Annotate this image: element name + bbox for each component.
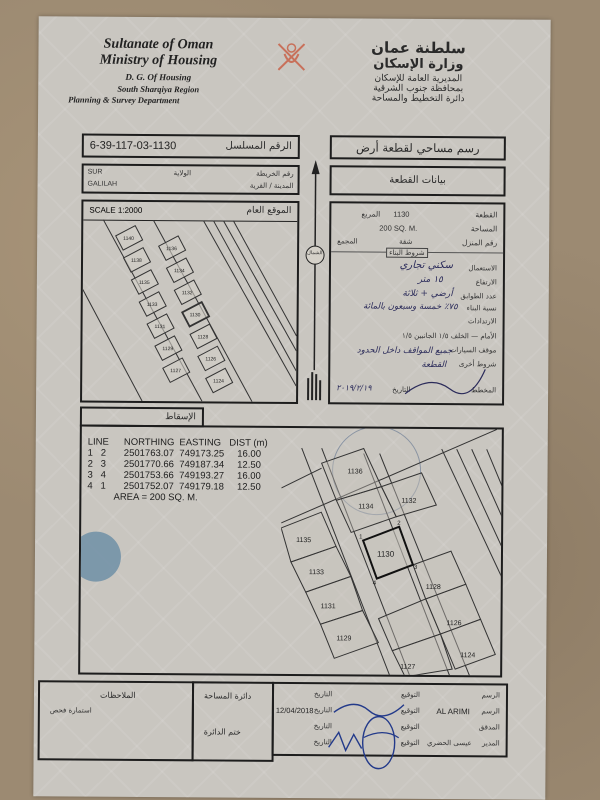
line-to: 3 — [101, 459, 114, 470]
line-from: 2 — [88, 459, 101, 470]
signatures-box: الرسم التوقيع التاريخ الرسم AL ARIMI الت… — [272, 682, 509, 758]
serial-number: 6-39-117-03-1130 — [90, 140, 177, 153]
line-to: 4 — [101, 470, 114, 481]
header-en-line5: Planning & Survey Department — [68, 94, 248, 105]
signature-name: AL ARIMI — [436, 707, 470, 716]
coverage-value: ٧٥٪ خمسة وسبعون بالمائة — [363, 301, 458, 312]
serial-label: الرقم المسلسل — [225, 141, 291, 152]
distance: 16.00 — [229, 471, 272, 482]
col-line: LINE — [88, 437, 114, 448]
location-map-drawing: 114011381135 113311311129 112711361134 1… — [82, 220, 297, 402]
plot-label-1131: 1131 — [321, 603, 336, 610]
svg-text:1130: 1130 — [190, 312, 201, 318]
plot-data-title-box: بيانات القطعة — [329, 165, 505, 196]
building-conditions-title: شروط البناء — [386, 248, 428, 258]
usage-type-label: شقة — [399, 238, 412, 246]
coordinates-table: LINE NORTHING EASTING DIST (m) 1 2 25017… — [87, 437, 272, 504]
signature-role: المدير — [482, 739, 500, 747]
svg-text:4: 4 — [373, 581, 377, 587]
svg-text:1134: 1134 — [174, 268, 185, 274]
plot-label-1128: 1128 — [426, 584, 441, 591]
plot-label-1130: 1130 — [377, 550, 395, 559]
plot-label-1134: 1134 — [358, 503, 373, 510]
plot-value: 1130 — [393, 210, 409, 219]
plot-label: القطعة — [475, 210, 497, 219]
house-no-label: رقم المنزل — [462, 238, 497, 247]
north-arrow-icon: الشمال — [304, 160, 326, 405]
svg-text:1: 1 — [359, 534, 363, 540]
oman-emblem-icon — [274, 36, 308, 76]
line-to: 2 — [101, 448, 114, 459]
area-total: AREA = 200 SQ. M. — [113, 492, 272, 504]
remarks-label: الملاحظات — [100, 691, 136, 700]
svg-text:1124: 1124 — [213, 378, 224, 384]
col-dist: DIST (m) — [229, 438, 272, 449]
document-title-box: رسم مساحي لقطعة أرض — [330, 135, 506, 160]
projection-box: LINE NORTHING EASTING DIST (m) 1 2 25017… — [78, 425, 504, 678]
svg-text:1132: 1132 — [182, 290, 193, 296]
location-box: SUR الولاية رقم الخريطة GALILAH المدينة … — [81, 164, 299, 196]
serial-box: 6-39-117-03-1130 الرقم المسلسل — [82, 134, 300, 160]
location-map: SCALE 1:2000 الموقع العام — [80, 200, 299, 405]
north-label: الشمال — [307, 250, 322, 256]
height-value: ١٥ متر — [418, 275, 443, 285]
use-value: سكني تجاري — [400, 260, 453, 271]
area-row: AREA = 200 SQ. M. — [87, 492, 272, 504]
line-from: 4 — [87, 481, 100, 492]
header-en-line4: South Sharqiya Region — [68, 83, 248, 94]
plot-data-title: بيانات القطعة — [332, 167, 504, 194]
header-en-line3: D. G. Of Housing — [68, 71, 248, 82]
plot-label-1136: 1136 — [348, 468, 363, 475]
floors-label: عدد الطوابق — [460, 292, 496, 300]
northing: 2501752.07 — [114, 481, 180, 492]
survey-dept-box: دائرة المساحة ختم الدائرة — [192, 681, 275, 762]
square-label: المربع — [361, 209, 380, 218]
svg-text:1126: 1126 — [205, 356, 216, 362]
northing: 2501763.07 — [114, 448, 180, 459]
distance: 12.50 — [229, 460, 272, 471]
svg-text:1138: 1138 — [131, 258, 142, 264]
col-northing: NORTHING — [114, 437, 180, 448]
setbacks-label: الارتدادات — [468, 317, 497, 325]
plot-label-1126: 1126 — [446, 620, 461, 627]
svg-text:1127: 1127 — [170, 368, 181, 374]
svg-text:1135: 1135 — [139, 280, 150, 286]
projection-title: الإسقاط — [82, 409, 202, 426]
svg-text:1131: 1131 — [155, 324, 166, 330]
use-label: الاستعمال — [468, 264, 497, 272]
town-value: GALILAH — [88, 181, 118, 188]
northing: 2501770.66 — [114, 459, 180, 470]
svg-text:1129: 1129 — [162, 346, 173, 352]
header-en-line1: Sultanate of Oman — [68, 36, 248, 53]
plot-label-1133: 1133 — [309, 569, 324, 576]
plot-data-box: القطعة 1130 المربع المساحة 200 SQ. M. رق… — [328, 201, 505, 405]
location-map-scale: SCALE 1:2000 — [89, 206, 142, 215]
town-label: المدينة / القرية — [250, 182, 294, 190]
survey-dept-label: دائرة المساحة — [204, 691, 251, 700]
signature-role: المدقق — [479, 723, 500, 731]
setbacks-value: الأمام — الخلف ١/٥ الجانبين ١/٥ — [402, 332, 497, 341]
official-seal-icon — [78, 531, 121, 581]
header-en-line2: Ministry of Housing — [68, 52, 248, 69]
plot-label-1129: 1129 — [336, 635, 351, 642]
header-ar-line5: دائرة التخطيط والمساحة — [318, 93, 518, 104]
document-title: رسم مساحي لقطعة أرض — [332, 137, 504, 158]
northing: 2501753.66 — [114, 470, 180, 481]
plot-label-1127: 1127 — [400, 664, 415, 671]
svg-text:1136: 1136 — [166, 246, 177, 252]
easting: 749179.18 — [179, 481, 229, 492]
signature-date: 12/04/2018 — [276, 706, 314, 715]
col-easting: EASTING — [179, 437, 229, 448]
svg-text:1140: 1140 — [123, 236, 134, 242]
detail-plot-drawing: 1136 1134 1135 1132 1133 1130 1131 1128 … — [280, 428, 504, 678]
area-label: المساحة — [471, 224, 497, 233]
svg-text:2: 2 — [397, 521, 401, 527]
header-arabic: سلطنة عمان وزارة الإسكان المديرية العامة… — [318, 38, 518, 104]
remarks-box: الملاحظات استمارة فحص — [38, 680, 195, 761]
easting: 749187.34 — [179, 459, 229, 470]
distance: 16.00 — [229, 449, 272, 460]
conditions-date: ٢٠١٩/٢/١٩ — [336, 383, 372, 392]
height-label: الارتفاع — [476, 278, 497, 286]
easting: 749193.27 — [179, 470, 229, 481]
distance: 12.50 — [229, 482, 272, 493]
complex-label: المجمع — [337, 237, 357, 245]
map-sheet-label: رقم الخريطة — [256, 170, 294, 178]
line-from: 1 — [88, 448, 101, 459]
planner-signature — [400, 364, 490, 405]
plot-label-1135: 1135 — [296, 537, 311, 544]
signature-role: الرسم — [481, 707, 500, 715]
svg-text:1133: 1133 — [147, 302, 158, 308]
line-to: 1 — [100, 481, 113, 492]
easting: 749173.25 — [179, 448, 229, 459]
signature-name: عيسى الحضري — [427, 739, 472, 747]
header-ar-line1: سلطنة عمان — [318, 38, 518, 57]
coverage-label: نسبة البناء — [467, 304, 497, 312]
line-from: 3 — [87, 470, 100, 481]
header-ar-line2: وزارة الإسكان — [318, 56, 518, 72]
header-english: Sultanate of Oman Ministry of Housing D.… — [68, 36, 248, 105]
survey-document: Sultanate of Oman Ministry of Housing D.… — [33, 16, 550, 800]
plot-label-1132: 1132 — [401, 498, 416, 505]
plot-label-1124: 1124 — [460, 652, 475, 659]
svg-text:1128: 1128 — [197, 334, 208, 340]
floors-value: أرضي + ثلاثة — [402, 289, 453, 299]
location-map-title: الموقع العام — [246, 206, 291, 216]
parking-value: جميع المواقف داخل الحدود — [357, 345, 453, 356]
handwritten-signatures — [323, 692, 414, 773]
area-value: 200 SQ. M. — [379, 224, 417, 233]
wilayat-label: الولاية — [174, 169, 191, 177]
signature-role: الرسم — [482, 691, 501, 699]
parking-label: موقف السيارات — [450, 346, 497, 354]
stamp-label: ختم الدائرة — [204, 727, 241, 736]
wilayat-value: SUR — [88, 169, 103, 176]
remarks-value: استمارة فحص — [50, 706, 92, 714]
